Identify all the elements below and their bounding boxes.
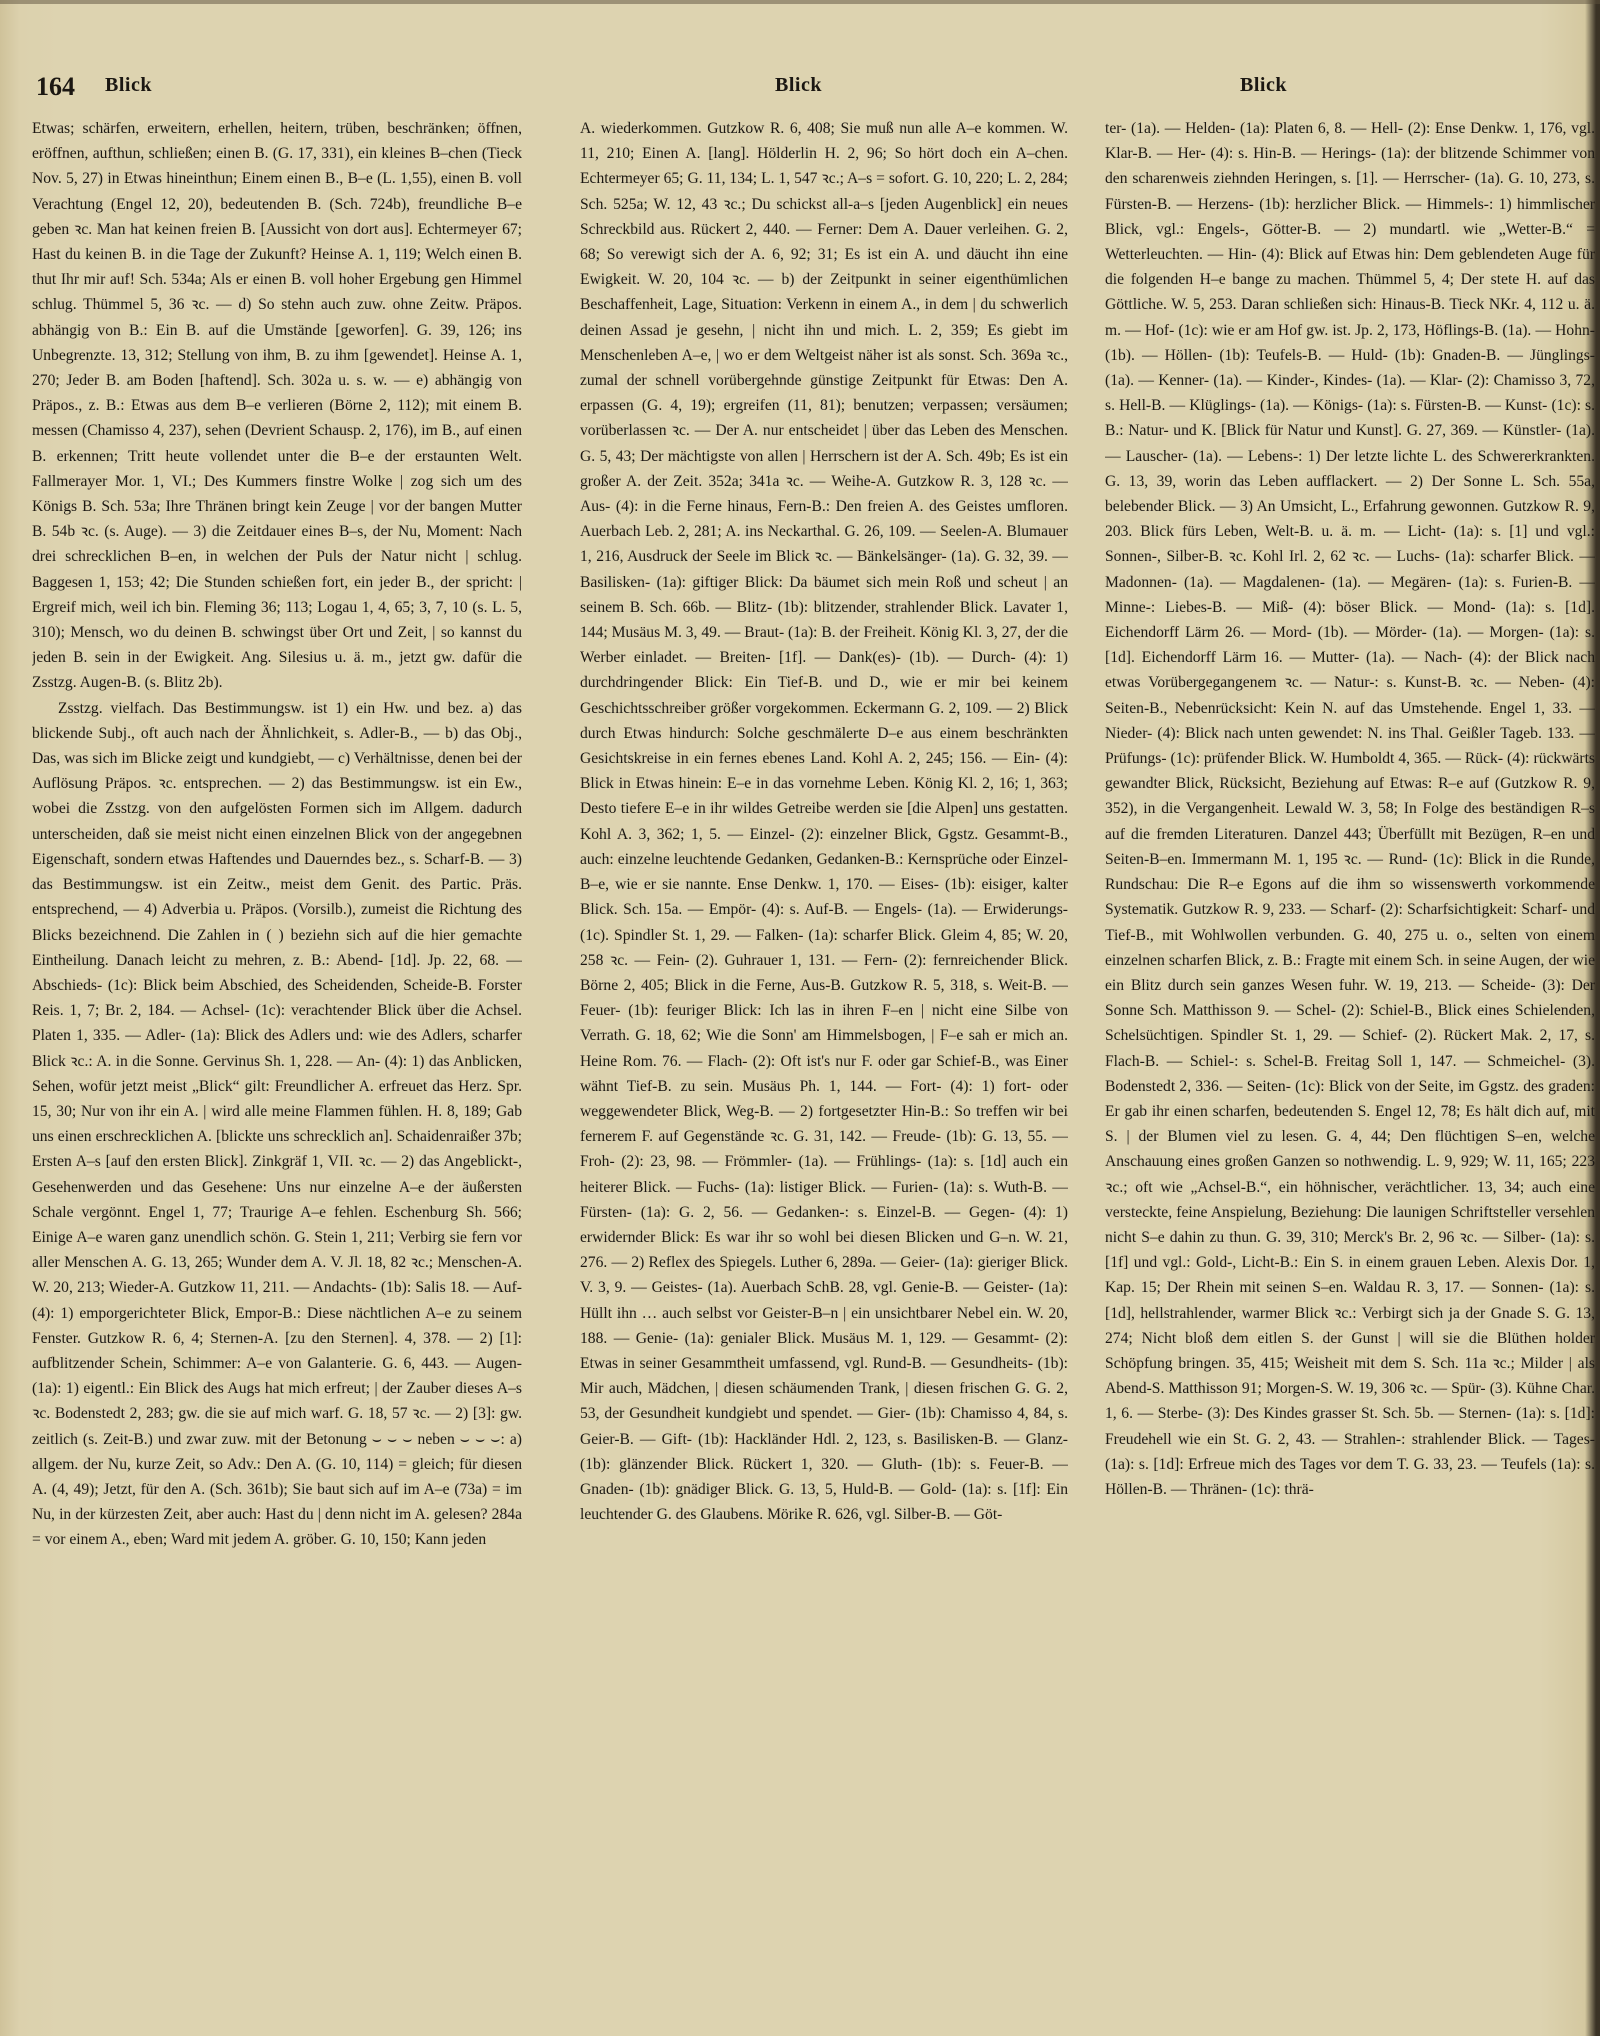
running-head-right: Blick <box>1240 74 1287 97</box>
paragraph: Zsstzg. vielfach. Das Bestimmungsw. ist … <box>32 696 522 1553</box>
running-head-center: Blick <box>775 74 822 97</box>
paragraph: Etwas; schärfen, erweitern, erhellen, he… <box>32 116 522 696</box>
scanned-page: 164 Blick Blick Blick Etwas; schärfen, e… <box>0 0 1600 2036</box>
column-middle: A. wiederkommen. Gutzkow R. 6, 408; Sie … <box>580 116 1068 1886</box>
column-left: Etwas; schärfen, erweitern, erhellen, he… <box>32 116 522 1886</box>
page-edge <box>0 0 1600 4</box>
column-right: ter- (1a). — Helden- (1a): Platen 6, 8. … <box>1105 116 1595 1886</box>
paragraph: ter- (1a). — Helden- (1a): Platen 6, 8. … <box>1105 116 1595 1502</box>
page-header: 164 Blick Blick Blick <box>0 72 1600 102</box>
paragraph: A. wiederkommen. Gutzkow R. 6, 408; Sie … <box>580 116 1068 1527</box>
page-number: 164 <box>36 72 75 102</box>
running-head-left: Blick <box>105 74 152 97</box>
